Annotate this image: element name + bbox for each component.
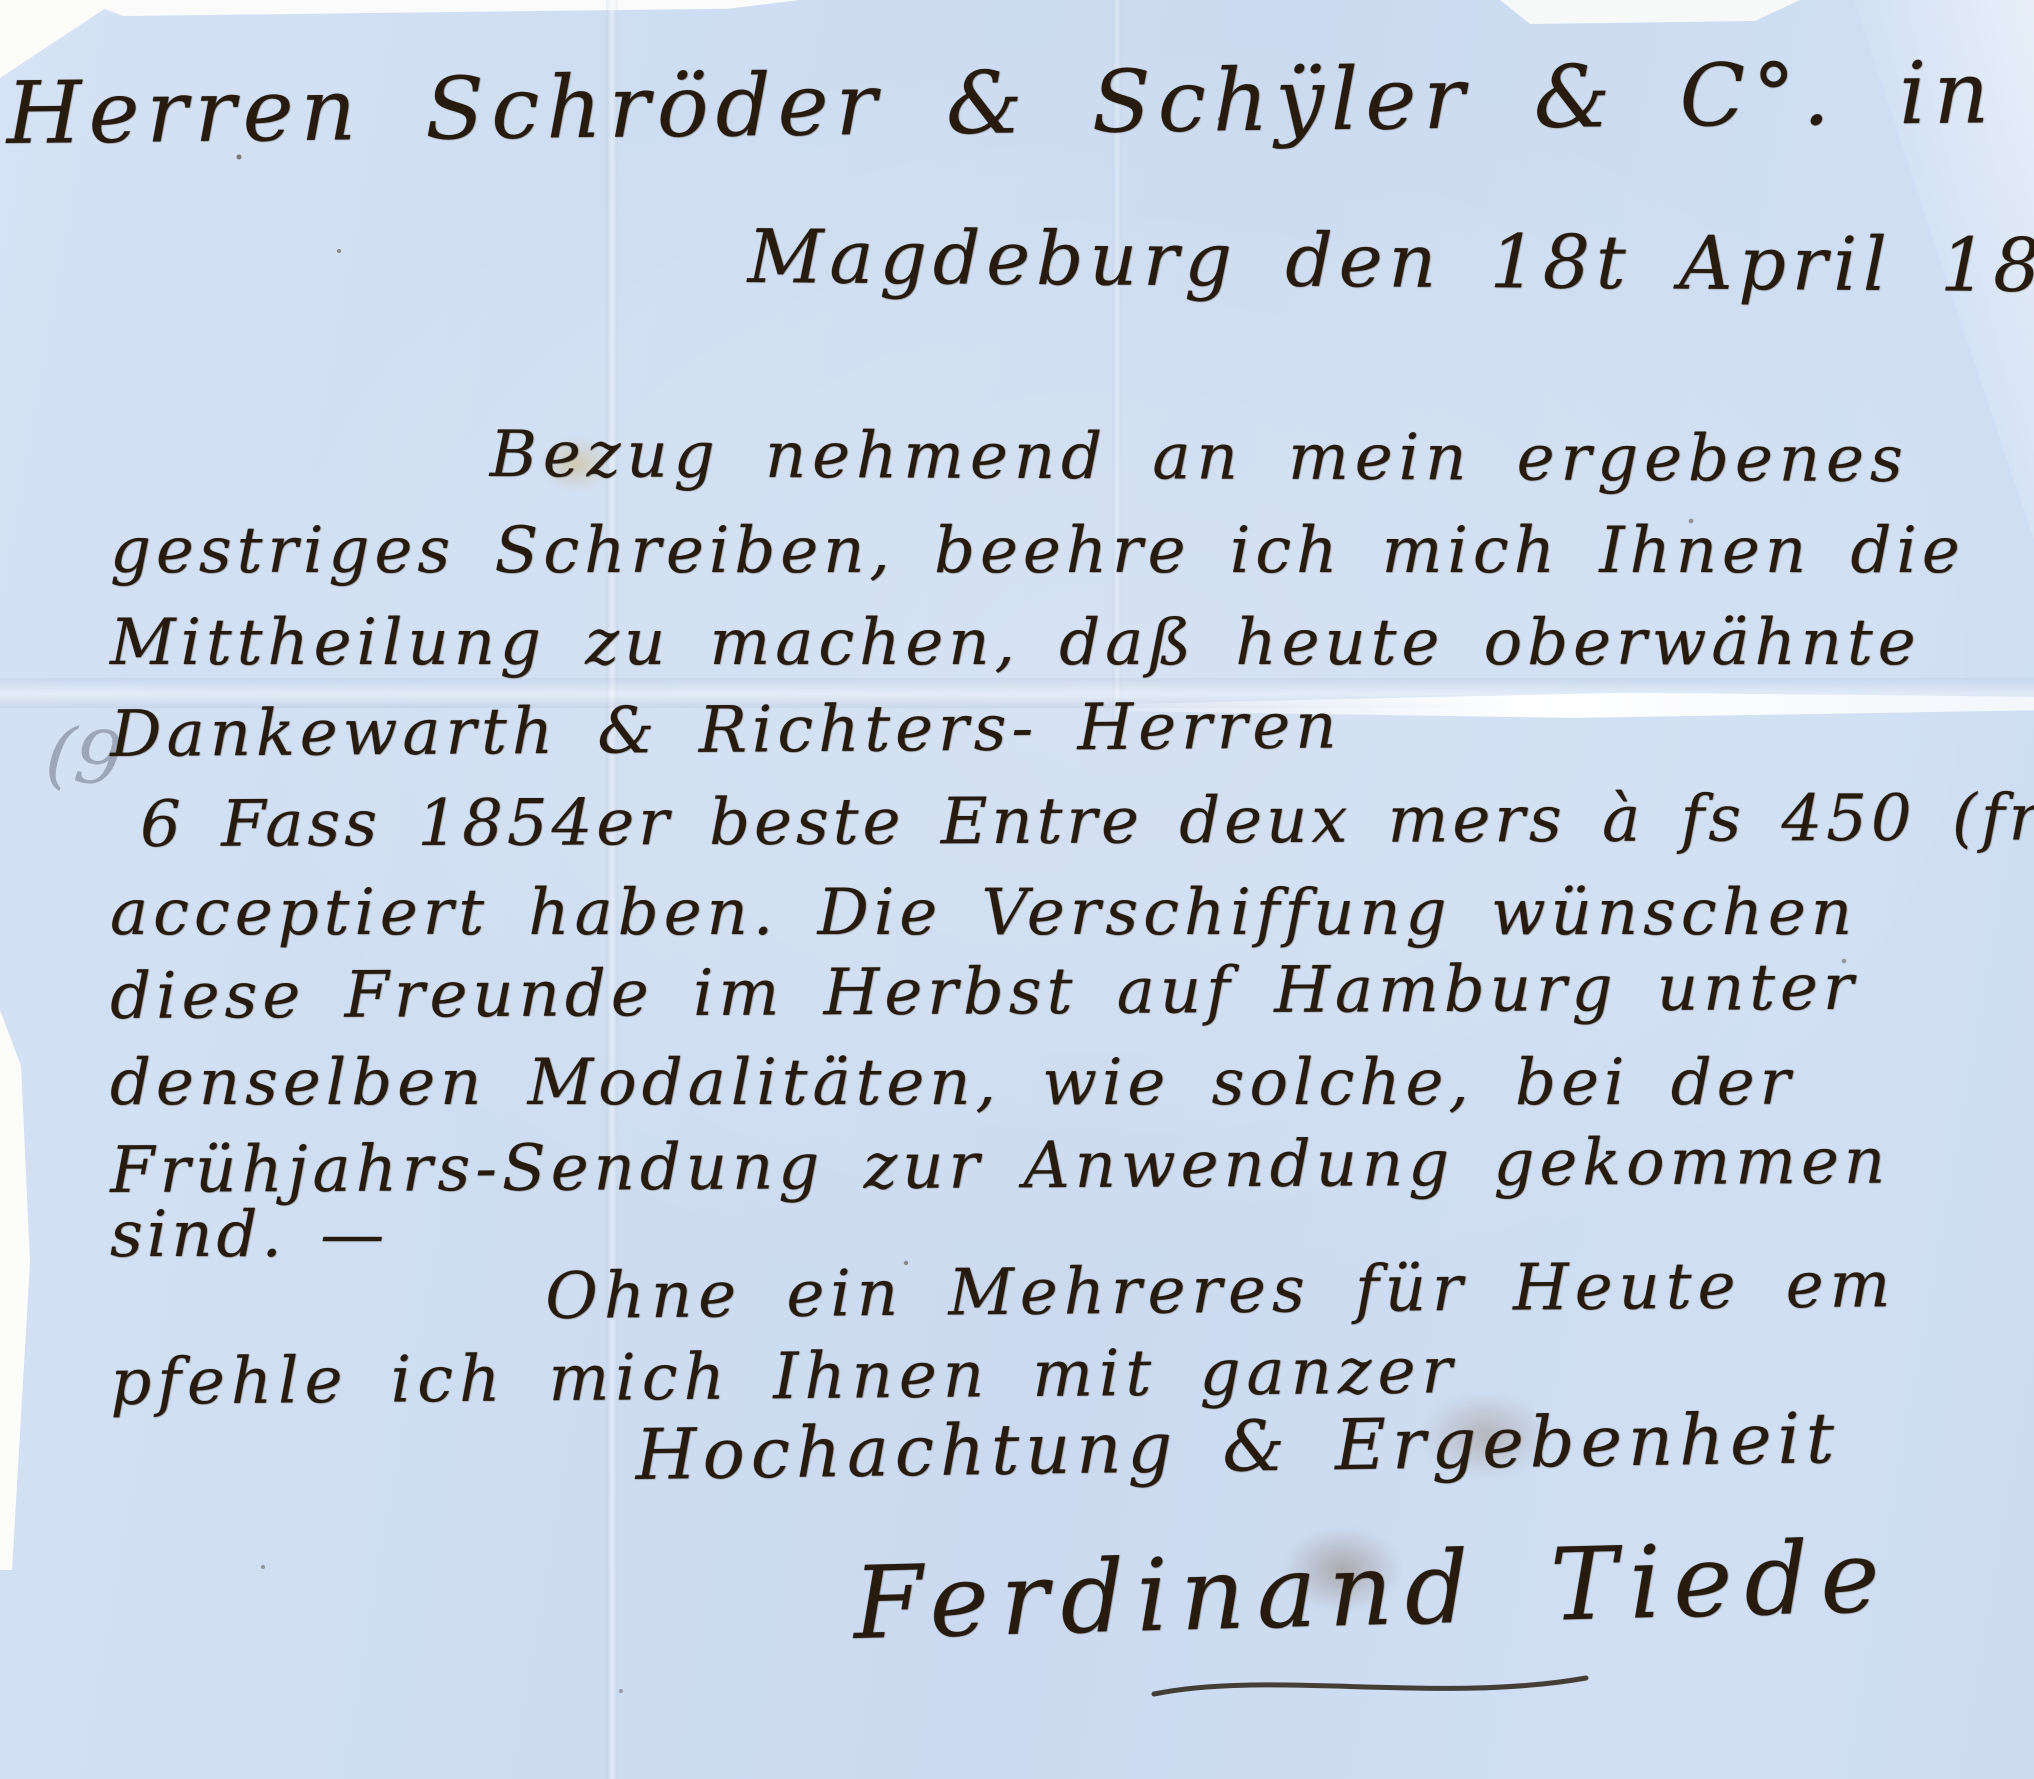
signature: Ferdinand Tiede [852, 1518, 1893, 1662]
letter-page: (9 Herren Schröder & Schÿler & C°. in Bo… [0, 0, 2034, 1779]
body-line: Frühjahrs-Sendung zur Anwendung gekommen [110, 1125, 1890, 1208]
body-line: 6 Fass 1854er beste Entre deux mers à fs… [140, 781, 2034, 862]
body-line: diese Freunde im Herbst auf Hamburg unte… [110, 951, 1859, 1034]
address-line: Herren Schröder & Schÿler & C°. in Borde… [6, 38, 2034, 164]
ink-specks [0, 0, 2, 2]
valediction-line: Hochachtung & Ergebenheit [635, 1397, 1841, 1496]
scan-edge-top-right [1500, 0, 1800, 30]
scan-edge-left [0, 1010, 30, 1570]
signature-flourish-icon [1150, 1666, 1590, 1706]
dateline: Magdeburg den 18t April 1855 [747, 214, 2034, 310]
scan-edge-top [80, 0, 800, 16]
body-line: denselben Modalitäten, wie solche, bei d… [110, 1046, 1795, 1120]
body-line: sind. — [110, 1198, 388, 1272]
body-line: Bezug nehmend an mein ergebenes [490, 418, 1909, 497]
body-line: acceptiert haben. Die Verschiffung wünsc… [110, 876, 1857, 950]
body-line: gestriges Schreiben, beehre ich mich Ihn… [110, 514, 1965, 588]
closing-line: Ohne ein Mehreres für Heute em [545, 1248, 1897, 1334]
body-line: Dankewarth & Richters- Herren [110, 689, 1342, 772]
body-line: Mittheilung zu machen, daß heute oberwäh… [110, 606, 1921, 680]
